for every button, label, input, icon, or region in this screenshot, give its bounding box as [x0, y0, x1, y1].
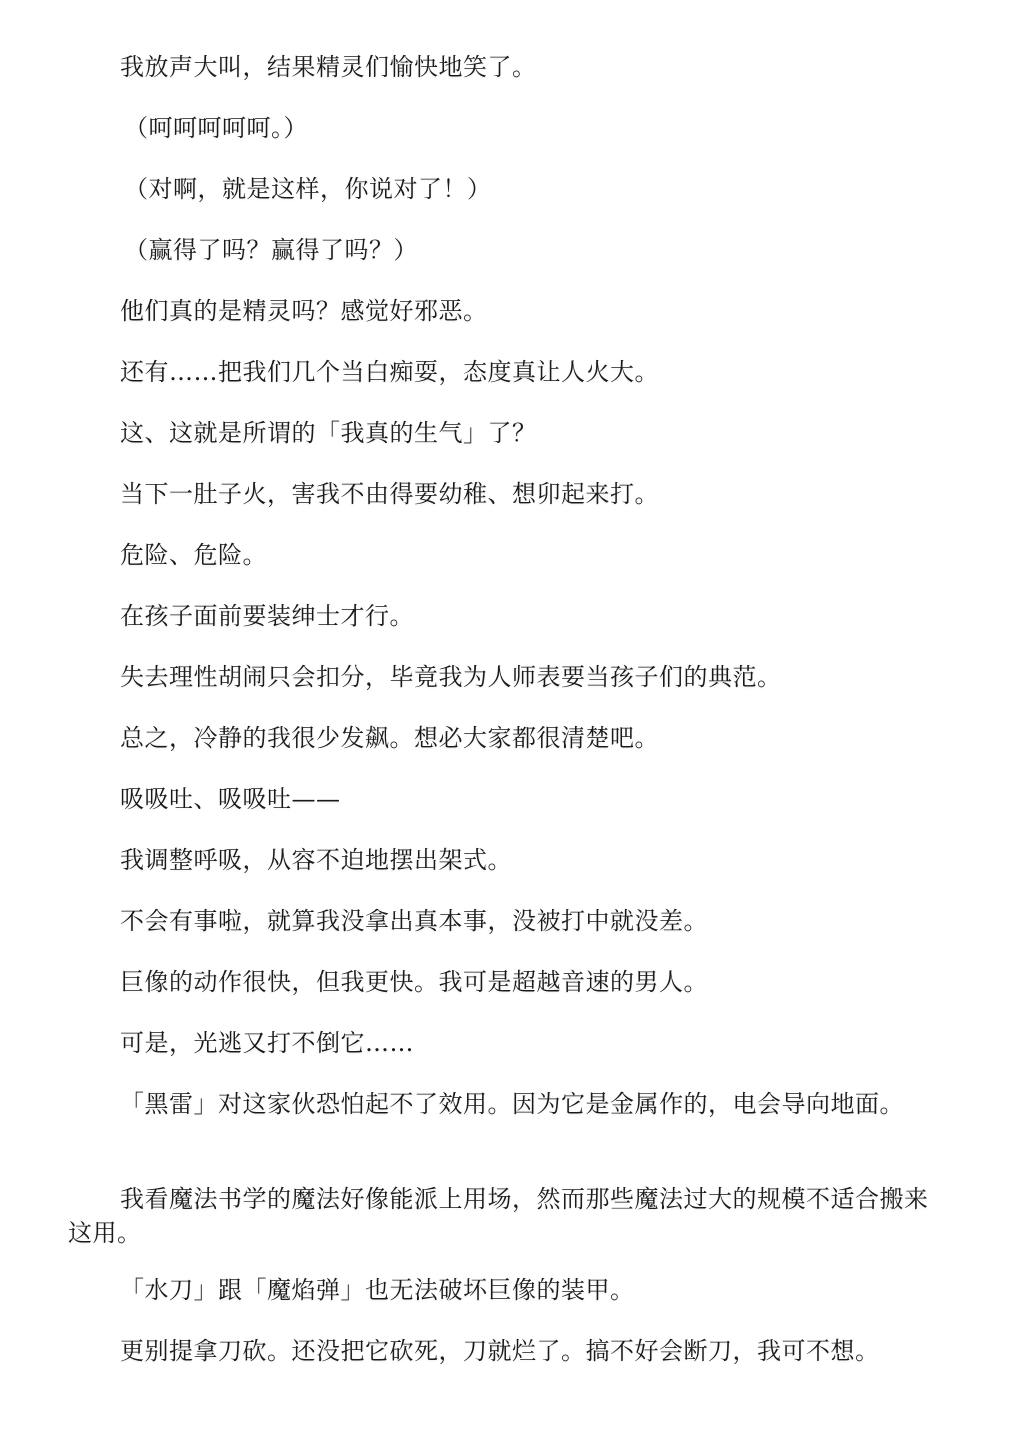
paragraph: 吸吸吐、吸吸吐—— — [68, 782, 948, 816]
paragraph: 还有……把我们几个当白痴耍，态度真让人火大。 — [68, 355, 948, 389]
paragraph: 失去理性胡闹只会扣分，毕竟我为人师表要当孩子们的典范。 — [68, 660, 948, 694]
paragraph: 「黑雷」对这家伙恐怕起不了效用。因为它是金属作的，电会导向地面。 — [68, 1087, 948, 1121]
paragraph: 可是，光逃又打不倒它…… — [68, 1026, 948, 1060]
paragraph: （呵呵呵呵呵。） — [68, 111, 948, 145]
paragraph: （对啊，就是这样，你说对了！） — [68, 172, 948, 206]
paragraph: 他们真的是精灵吗？感觉好邪恶。 — [68, 294, 948, 328]
paragraph: （赢得了吗？赢得了吗？） — [68, 233, 948, 267]
paragraph: 我调整呼吸，从容不迫地摆出架式。 — [68, 843, 948, 877]
paragraph: 不会有事啦，就算我没拿出真本事，没被打中就没差。 — [68, 904, 948, 938]
paragraph: 这、这就是所谓的「我真的生气」了？ — [68, 416, 948, 450]
paragraph: 我放声大叫，结果精灵们愉快地笑了。 — [68, 50, 948, 84]
paragraph: 危险、危险。 — [68, 538, 948, 572]
document-page: 我放声大叫，结果精灵们愉快地笑了。 （呵呵呵呵呵。） （对啊，就是这样，你说对了… — [0, 0, 1017, 1437]
paragraph: 当下一肚子火，害我不由得要幼稚、想卯起来打。 — [68, 477, 948, 511]
paragraph: 巨像的动作很快，但我更快。我可是超越音速的男人。 — [68, 965, 948, 999]
paragraph: 更别提拿刀砍。还没把它砍死，刀就烂了。搞不好会断刀，我可不想。 — [68, 1334, 948, 1368]
paragraph: 我看魔法书学的魔法好像能派上用场，然而那些魔法过大的规模不适合搬来这用。 — [68, 1182, 948, 1250]
paragraph: 总之，冷静的我很少发飙。想必大家都很清楚吧。 — [68, 721, 948, 755]
paragraph: 在孩子面前要装绅士才行。 — [68, 599, 948, 633]
paragraph: 「水刀」跟「魔焰弹」也无法破坏巨像的装甲。 — [68, 1273, 948, 1307]
